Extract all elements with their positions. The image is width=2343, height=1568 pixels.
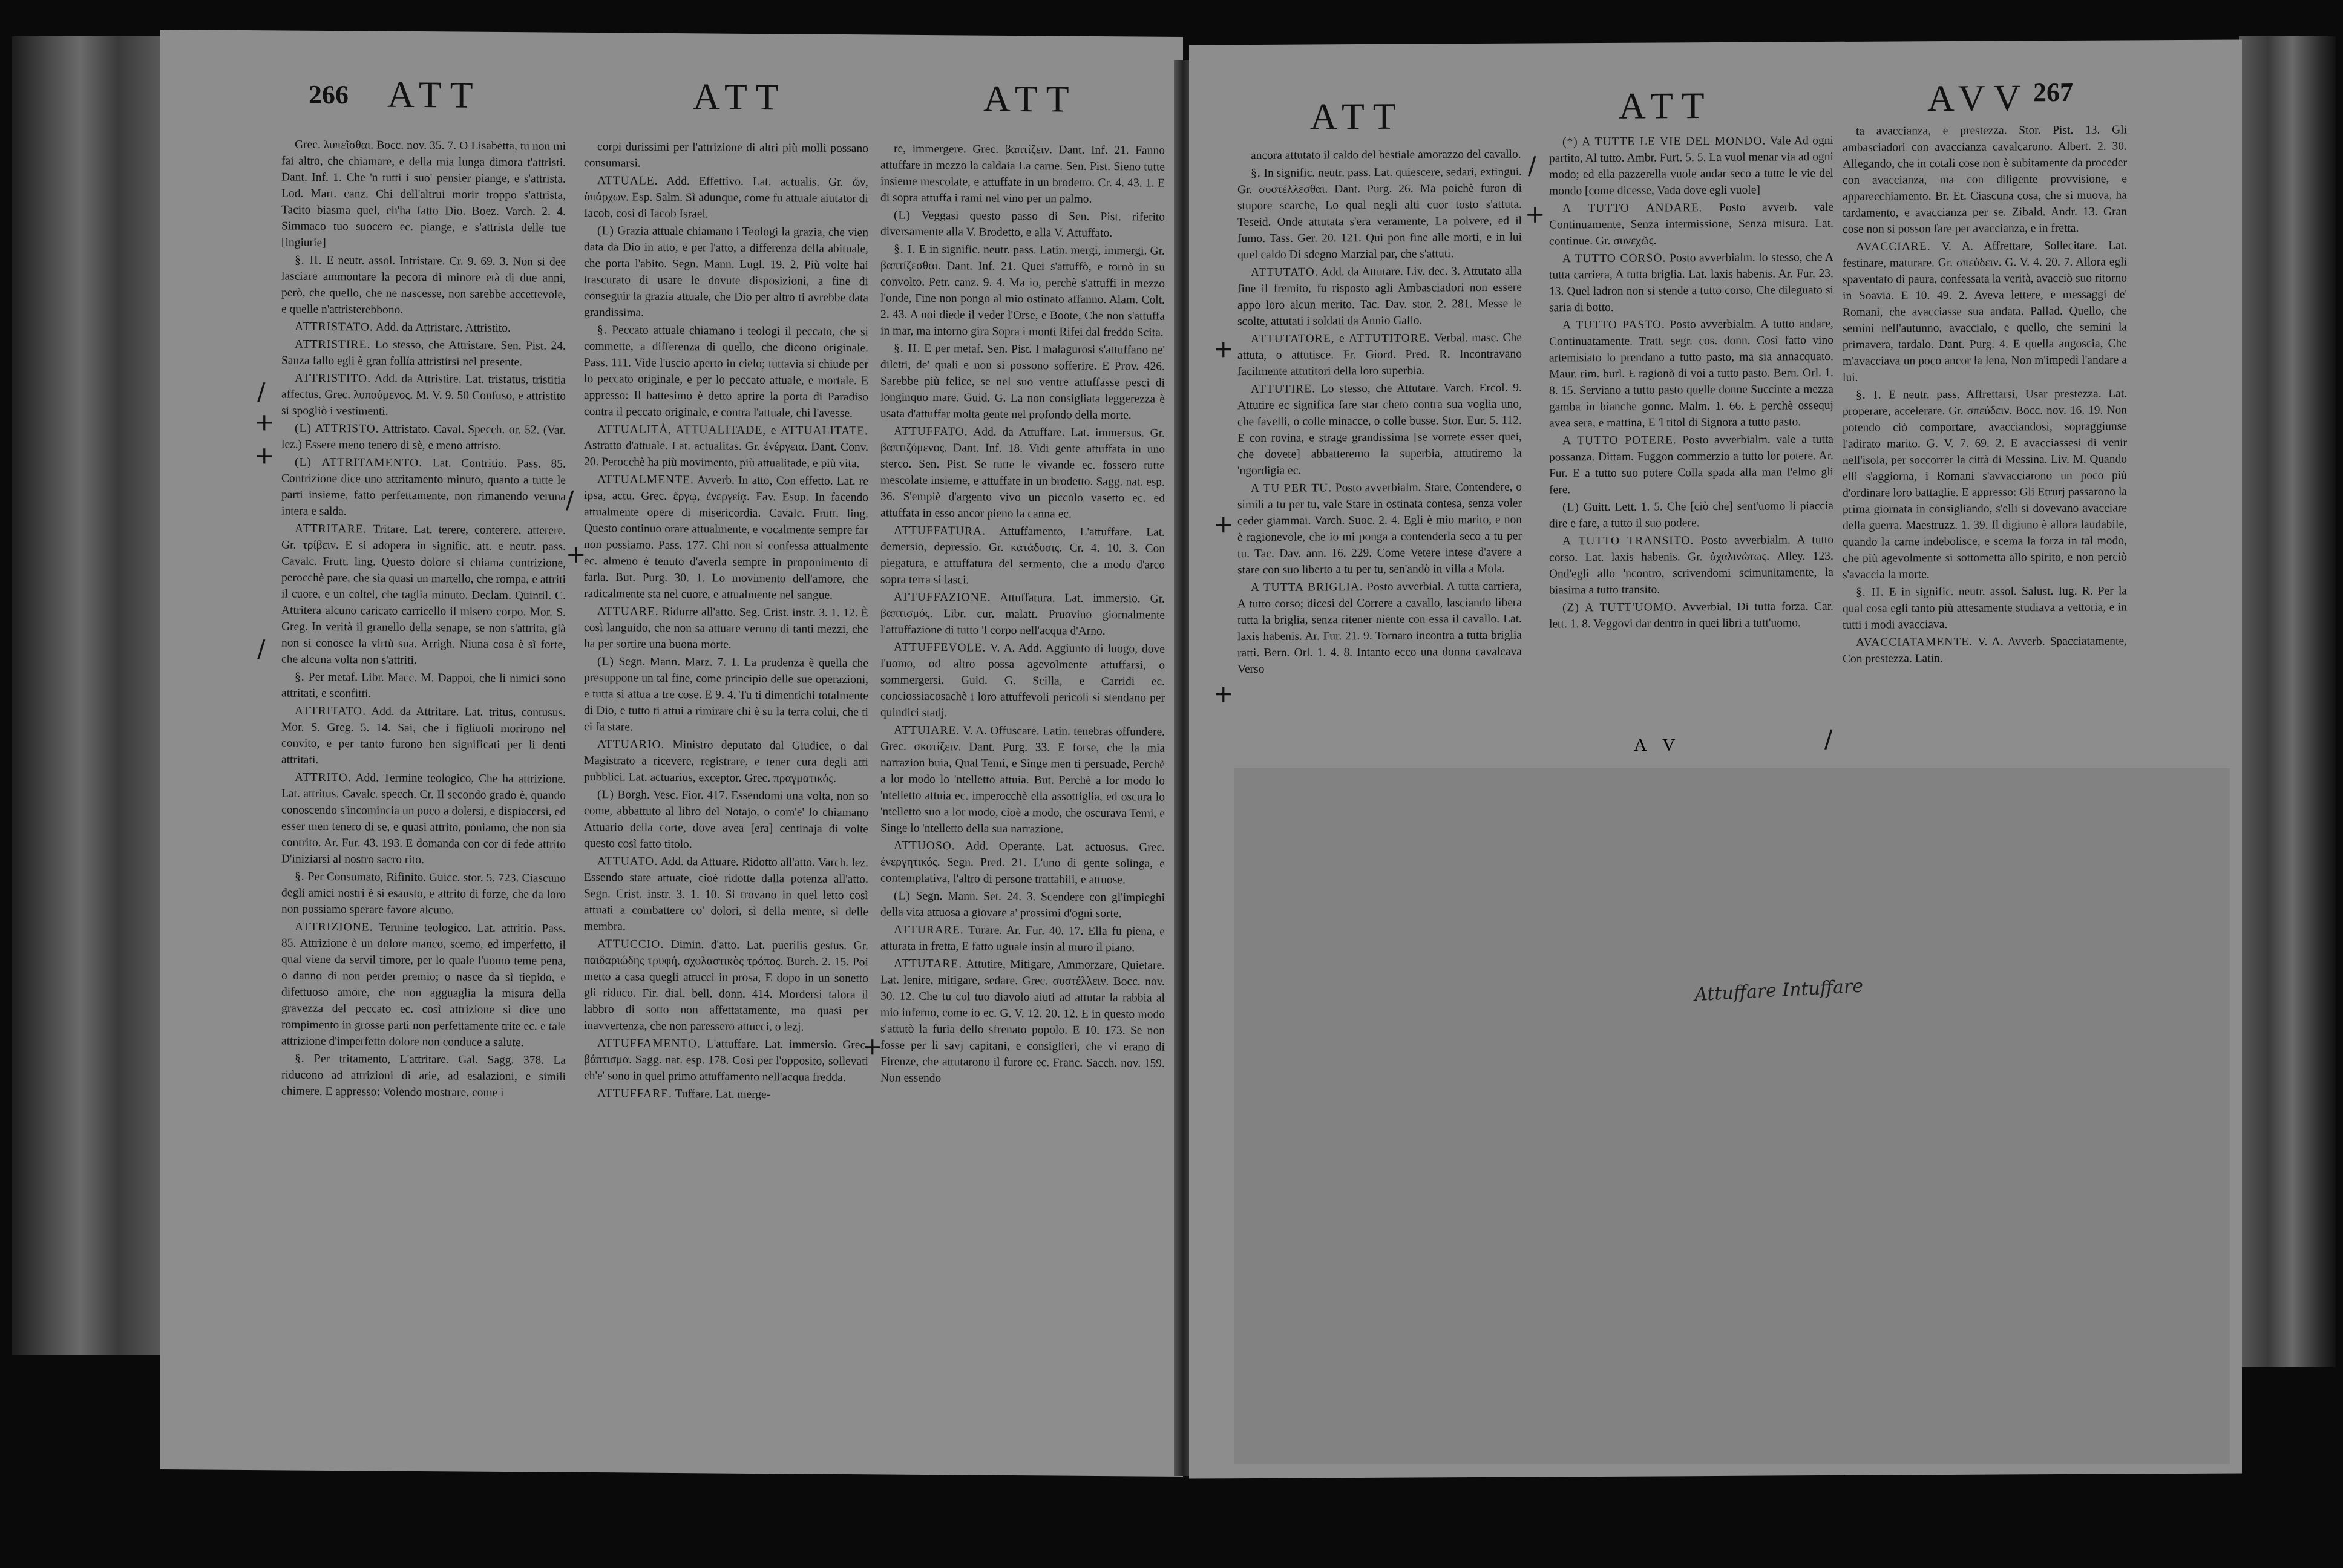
dictionary-entry: §. In signific. neutr. pass. Lat. quiesc… [1237,164,1522,263]
pencil-tick-mark: / [1824,725,1832,753]
column-header: ATT [1310,96,1404,139]
dictionary-entry: §. Peccato attuale chiamano i teologi il… [584,322,868,422]
entry-headword: A TUTTA BRIGLIA. [1251,581,1363,594]
dictionary-entry: §. Per tritamento, L'attritare. Gal. Sag… [281,1050,566,1101]
dictionary-entry: ATTUTATORE, e ATTUTITORE. Verbal. masc. … [1237,330,1522,380]
column-header: ATT [693,76,787,119]
dictionary-entry: ATTUARIO. Ministro deputato dal Giudice,… [584,736,868,787]
pencil-cross-mark: + [254,408,275,436]
dictionary-entry: A TUTTA BRIGLIA. Posto avverbial. A tutt… [1237,578,1522,678]
dictionary-entry: ATTUTATO. Add. da Attutare. Liv. dec. 3.… [1237,263,1522,330]
entry-headword: ATTURARE. [894,924,964,937]
dictionary-entry: ATTUFFARE. Tuffare. Lat. merge- [584,1085,868,1103]
dictionary-entry: ATTRISTITO. Add. da Attristire. Lat. tri… [281,370,566,420]
dictionary-entry: ATTRISTATO. Add. da Attristare. Attristi… [281,318,566,336]
dictionary-entry: (Z) A TUTT'UOMO. Avverbial. Di tutta for… [1549,598,1833,632]
pencil-cross-mark: + [862,1033,883,1060]
entry-text: Dimin. d'atto. Lat. puerilis gestus. Gr.… [584,938,868,1034]
entry-headword: AVACCIATAMENTE. [1856,636,1973,649]
dictionary-entry: (L) Segn. Mann. Set. 24. 3. Scendere con… [880,887,1165,922]
entry-headword: ATTUFFAMENTO. [597,1037,701,1050]
dictionary-entry: ATTUFFATO. Add. da Attuffare. Lat. immer… [880,423,1165,523]
entry-text: E in signific. neutr. assol. Salust. Iug… [1843,584,2127,631]
pencil-tick-mark: / [257,635,265,663]
entry-headword: §. II. [295,254,323,267]
entry-text: Per tritamento, L'attritare. Gal. Sagg. … [281,1053,566,1099]
dictionary-entry: (L) ATTRITAMENTO. Lat. Contritio. Pass. … [281,454,566,521]
pencil-tick-mark: / [566,486,574,514]
entry-headword: ATTUARE. [597,605,659,618]
entry-text: Grec. λυπεῖσθαι. Bocc. nov. 35. 7. O Lis… [281,139,566,249]
entry-text: Segn. Mann. Set. 24. 3. Scendere con gl'… [880,890,1165,920]
entry-headword: ATTUFFATO. [894,425,968,439]
dictionary-entry: (L) Borgh. Vesc. Fior. 417. Essendomi un… [584,786,868,854]
text-column: Grec. λυπεῖσθαι. Bocc. nov. 35. 7. O Lis… [281,136,566,1102]
entry-text: Borgh. Vesc. Fior. 417. Essendomi una vo… [584,788,868,851]
entry-headword: (L) [597,788,614,801]
column-header: ATT [387,74,482,117]
entry-headword: ATTUTATORE, e ATTUTITORE. [1251,332,1430,345]
entry-text: corpi durissimi per l'attrizione di altr… [584,140,868,170]
entry-headword: (L) [894,209,911,222]
dictionary-entry: §. Per Consumato, Rifinito. Guicc. stor.… [281,868,566,919]
entry-headword: §. [597,324,608,336]
entry-text: Peccato attuale chiamano i teologi il pe… [584,324,868,420]
text-column: (*) A TUTTE LE VIE DEL MONDO. Vale Ad og… [1549,132,1833,633]
section-heading: A V [1634,735,1682,756]
page-number: 267 [2033,77,2073,108]
entry-headword: A TUTTO POTERE. [1562,434,1677,447]
entry-headword: ATTUALITÀ, ATTUALITADE, e ATTUALITATE. [597,423,868,437]
pencil-tick-mark: / [1528,152,1536,180]
entry-headword: ATTRIZIONE. [295,921,373,934]
dictionary-entry: ATTUFFAZIONE. Attuffatura. Lat. immersio… [880,589,1165,639]
dictionary-entry: ATTRITATO. Add. da Attritare. Lat. tritu… [281,702,566,769]
entry-headword: ATTUFFATURA. [894,524,986,538]
dictionary-entry: (*) A TUTTE LE VIE DEL MONDO. Vale Ad og… [1549,132,1833,199]
dictionary-entry: ATTUARE. Ridurre all'atto. Seg. Crist. i… [584,603,868,654]
pencil-tick-mark: / [257,378,265,406]
entry-text: Guitt. Lett. 1. 5. Che [ciò che] sent'uo… [1549,500,1833,530]
entry-headword: §. II. [1856,586,1884,599]
dictionary-entry: (L) Veggasi questo passo di Sen. Pist. r… [880,207,1165,241]
column-header: ATT [1619,85,1713,128]
dictionary-entry: ATTUTIRE. Lo stesso, che Attutare. Varch… [1237,380,1522,479]
entry-text: Add. da Attristare. Attristito. [376,321,511,335]
text-column: corpi durissimi per l'attrizione di altr… [584,139,868,1105]
entry-headword: ATTUTATO. [1251,266,1319,279]
dictionary-entry: §. II. E in signific. neutr. assol. Salu… [1843,583,2127,633]
entry-headword: §. I. [1856,389,1882,402]
dictionary-entry: ATTUTARE. Attutire, Mitigare, Ammorzare,… [880,955,1165,1088]
entry-text: ancora attutato il caldo del bestiale am… [1251,148,1521,162]
entry-text: Attutire, Mitigare, Ammorzare, Quietare.… [880,958,1165,1085]
pencil-cross-mark: + [1525,200,1545,228]
entry-text: Tuffare. Lat. merge- [675,1088,770,1101]
dictionary-entry: AVACCIATAMENTE. V. A. Avverb. Spacciatam… [1843,633,2127,667]
entry-text: V. A. Offuscare. Latin. tenebras offunde… [880,724,1165,835]
entry-headword: §. I. [894,243,916,256]
dictionary-entry: Grec. λυπεῖσθαι. Bocc. nov. 35. 7. O Lis… [281,136,566,252]
entry-headword: ATTRITO. [295,771,352,785]
entry-text: ta avaccianza, e prestezza. Stor. Pist. … [1843,123,2127,235]
entry-text: Astratto d'attuale. Lat. actualitas. Gr.… [584,439,868,470]
dictionary-entry: §. II. E neutr. assol. Intristare. Cr. 9… [281,252,566,319]
page-number: 266 [309,79,349,110]
entry-text: Termine teologico. Lat. attritio. Pass. … [281,921,566,1050]
entry-headword: (L) [597,655,614,668]
dictionary-entry: A TUTTO TRANSITO. Posto avverbialm. A tu… [1549,532,1833,598]
dictionary-entry: ATTUATO. Add. da Attuare. Ridotto all'at… [584,853,868,936]
entry-headword: ATTRISTATO. [295,321,373,334]
entry-text: Segn. Mann. Marz. 7. 1. La prudenza è qu… [584,655,868,733]
entry-text: In signific. neutr. pass. Lat. quiescere… [1237,166,1522,261]
entry-text: Grazia attuale chiamano i Teologi la gra… [584,224,868,319]
entry-text: Add. Termine teologico, Che ha attrizion… [281,771,566,866]
entry-text: Veggasi questo passo di Sen. Pist. rifer… [880,209,1165,240]
entry-headword: (Z) A TUTT'UOMO. [1562,601,1677,614]
column-header: AVV [1927,77,2029,120]
entry-text: Per Consumato, Rifinito. Guicc. stor. 5.… [281,871,566,917]
dictionary-entry: ATTRIZIONE. Termine teologico. Lat. attr… [281,918,566,1051]
entry-headword: ATTUALE. [597,174,658,188]
entry-headword: ATTRISTIRE. [295,338,370,351]
entry-headword: ATTUFFEVOLE. [894,641,986,655]
entry-headword: ATTUATO. [597,855,658,868]
entry-headword: §. II. [894,342,920,355]
text-column: ancora attutato il caldo del bestiale am… [1237,146,1522,679]
entry-headword: (L) ATTRITAMENTO. [295,456,422,469]
dictionary-entry: A TUTTO ANDARE. Posto avverb. vale Conti… [1549,199,1833,249]
entry-text: E per metaf. Sen. Pist. I malagurosi s'a… [880,342,1165,422]
entry-headword: ATTUALMENTE. [597,473,694,486]
dictionary-entry: ATTUALE. Add. Effettivo. Lat. actualis. … [584,172,868,223]
dictionary-entry: (L) ATTRISTO. Attristato. Caval. Specch.… [281,420,566,454]
book-fore-edge-left [12,36,163,1355]
entry-text: E neutr. assol. Intristare. Cr. 9. 69. 3… [281,254,566,316]
dictionary-entry: ATTUALITÀ, ATTUALITADE, e ATTUALITATE. A… [584,421,868,472]
dictionary-entry: A TU PER TU. Posto avverbialm. Stare, Co… [1237,479,1522,578]
entry-headword: ATTUARIO. [597,738,664,751]
dictionary-entry: ATTUCCIO. Dimin. d'atto. Lat. puerilis g… [584,936,868,1036]
dictionary-entry: (L) Segn. Mann. Marz. 7. 1. La prudenza … [584,653,868,737]
dictionary-entry: A TUTTO POTERE. Posto avverbialm. vale a… [1549,431,1833,498]
dictionary-entry: ATTUOSO. Add. Operante. Lat. actuosus. G… [880,837,1165,888]
entry-headword: ATTUTARE. [894,958,962,971]
entry-headword: A TUTTO PASTO. [1562,318,1665,332]
entry-headword: ATTUIARE. [894,724,960,737]
book-fore-edge-right [2239,36,2336,1367]
entry-text: Tritare. Lat. terere, conterere, atterer… [281,523,566,667]
dictionary-entry: ATTUFFEVOLE. V. A. Add. Aggiunto di luog… [880,639,1165,722]
entry-text: Lo stesso, che Attutare. Varch. Ercol. 9… [1237,382,1522,477]
dictionary-entry: §. I. E in signific. neutr. pass. Latin.… [880,241,1165,341]
entry-headword: (L) [894,890,911,903]
left-page: 266 ATT ATT ATT Grec. λυπεῖσθαι. Bocc. n… [160,30,1183,1477]
entry-headword: ATTRITATO. [295,705,366,718]
entry-text: E neutr. pass. Affrettarsi, Usar prestez… [1843,387,2127,581]
entry-headword: (*) A TUTTE LE VIE DEL MONDO. [1562,135,1766,149]
pencil-cross-mark: + [1213,335,1234,363]
entry-headword: (L) [1562,501,1579,514]
dictionary-entry: ATTRITARE. Tritare. Lat. terere, contere… [281,520,566,669]
dictionary-entry: ATTRITO. Add. Termine teologico, Che ha … [281,769,566,869]
dictionary-entry: AVACCIARE. V. A. Affrettare, Sollecitare… [1843,237,2127,385]
entry-headword: ATTRISTITO. [295,372,371,385]
dictionary-entry: ATTUIARE. V. A. Offuscare. Latin. tenebr… [880,722,1165,838]
entry-text: Posto avverbial. A tutta carriera, A tut… [1237,580,1522,676]
pasted-blank-slip [1234,768,2230,1464]
dictionary-entry: A TUTTO CORSO. Posto avverbialm. lo stes… [1549,249,1833,316]
dictionary-entry: §. II. E per metaf. Sen. Pist. I malagur… [880,340,1165,423]
entry-headword: A TUTTO CORSO. [1562,252,1666,265]
entry-headword: ATTUOSO. [894,840,955,853]
entry-headword: §. [1251,167,1261,180]
dictionary-entry: (L) Guitt. Lett. 1. 5. Che [ciò che] sen… [1549,498,1833,532]
entry-text: Posto avverbialm. A tutto andare, Contin… [1549,318,1833,430]
entry-headword: (L) [597,224,614,237]
entry-headword: (L) ATTRISTO. [295,422,379,436]
dictionary-entry: ATTUFFATURA. Attuffamento, L'attuffare. … [880,522,1165,589]
dictionary-entry: §. I. E neutr. pass. Affrettarsi, Usar p… [1843,385,2127,583]
entry-headword: §. [295,1053,305,1065]
pencil-cross-mark: + [254,442,275,469]
entry-headword: A TUTTO TRANSITO. [1562,534,1694,547]
entry-headword: A TUTTO ANDARE. [1562,201,1702,215]
entry-text: E in signific. neutr. pass. Latin. mergi… [880,243,1165,339]
dictionary-entry: ATTURARE. Turare. Ar. Fur. 40. 17. Ella … [880,921,1165,956]
entry-headword: ATTUTIRE. [1251,382,1316,396]
column-header: ATT [983,78,1078,122]
pencil-cross-mark: + [1213,511,1234,538]
dictionary-entry: ATTUFFAMENTO. L'attuffare. Lat. immersio… [584,1035,868,1086]
entry-headword: AVACCIARE. [1856,240,1931,253]
entry-text: V. A. Affrettare, Sollecitare. Lat. fest… [1843,239,2127,384]
dictionary-entry: A TUTTO PASTO. Posto avverbialm. A tutto… [1549,316,1833,431]
dictionary-entry: ancora attutato il caldo del bestiale am… [1237,146,1522,164]
entry-headword: ATTUCCIO. [597,938,664,951]
entry-text: re, immergere. Grec. βαπτίζειν. Dant. In… [880,143,1165,206]
dictionary-entry: §. Per metaf. Libr. Macc. M. Dappoi, che… [281,668,566,703]
entry-headword: §. [295,671,305,684]
entry-text: Add. da Attuffare. Lat. immersus. Gr. βα… [880,425,1165,520]
entry-headword: ATTUFFARE. [597,1087,672,1100]
pencil-cross-mark: + [566,541,586,569]
entry-headword: A TU PER TU. [1251,482,1332,495]
dictionary-entry: (L) Grazia attuale chiamano i Teologi la… [584,223,868,322]
entry-text: Avverb. In atto, Con effetto. Lat. re ip… [584,474,868,602]
dictionary-entry: ATTUALMENTE. Avverb. In atto, Con effett… [584,471,868,604]
dictionary-entry: corpi durissimi per l'attrizione di altr… [584,139,868,173]
entry-text: Per metaf. Libr. Macc. M. Dappoi, che li… [281,671,566,701]
text-column: ta avaccianza, e prestezza. Stor. Pist. … [1843,122,2127,668]
dictionary-entry: ta avaccianza, e prestezza. Stor. Pist. … [1843,122,2127,237]
entry-headword: ATTRITARE. [295,523,367,536]
text-column: re, immergere. Grec. βαπτίζειν. Dant. In… [880,140,1165,1089]
dictionary-entry: re, immergere. Grec. βαπτίζειν. Dant. In… [880,140,1165,207]
entry-headword: ATTUFFAZIONE. [894,591,991,604]
entry-headword: §. [295,871,305,883]
entry-text: Posto avverbialm. Stare, Contendere, o s… [1237,481,1522,577]
pencil-cross-mark: + [1213,680,1234,708]
dictionary-entry: ATTRISTIRE. Lo stesso, che Attristare. S… [281,336,566,370]
